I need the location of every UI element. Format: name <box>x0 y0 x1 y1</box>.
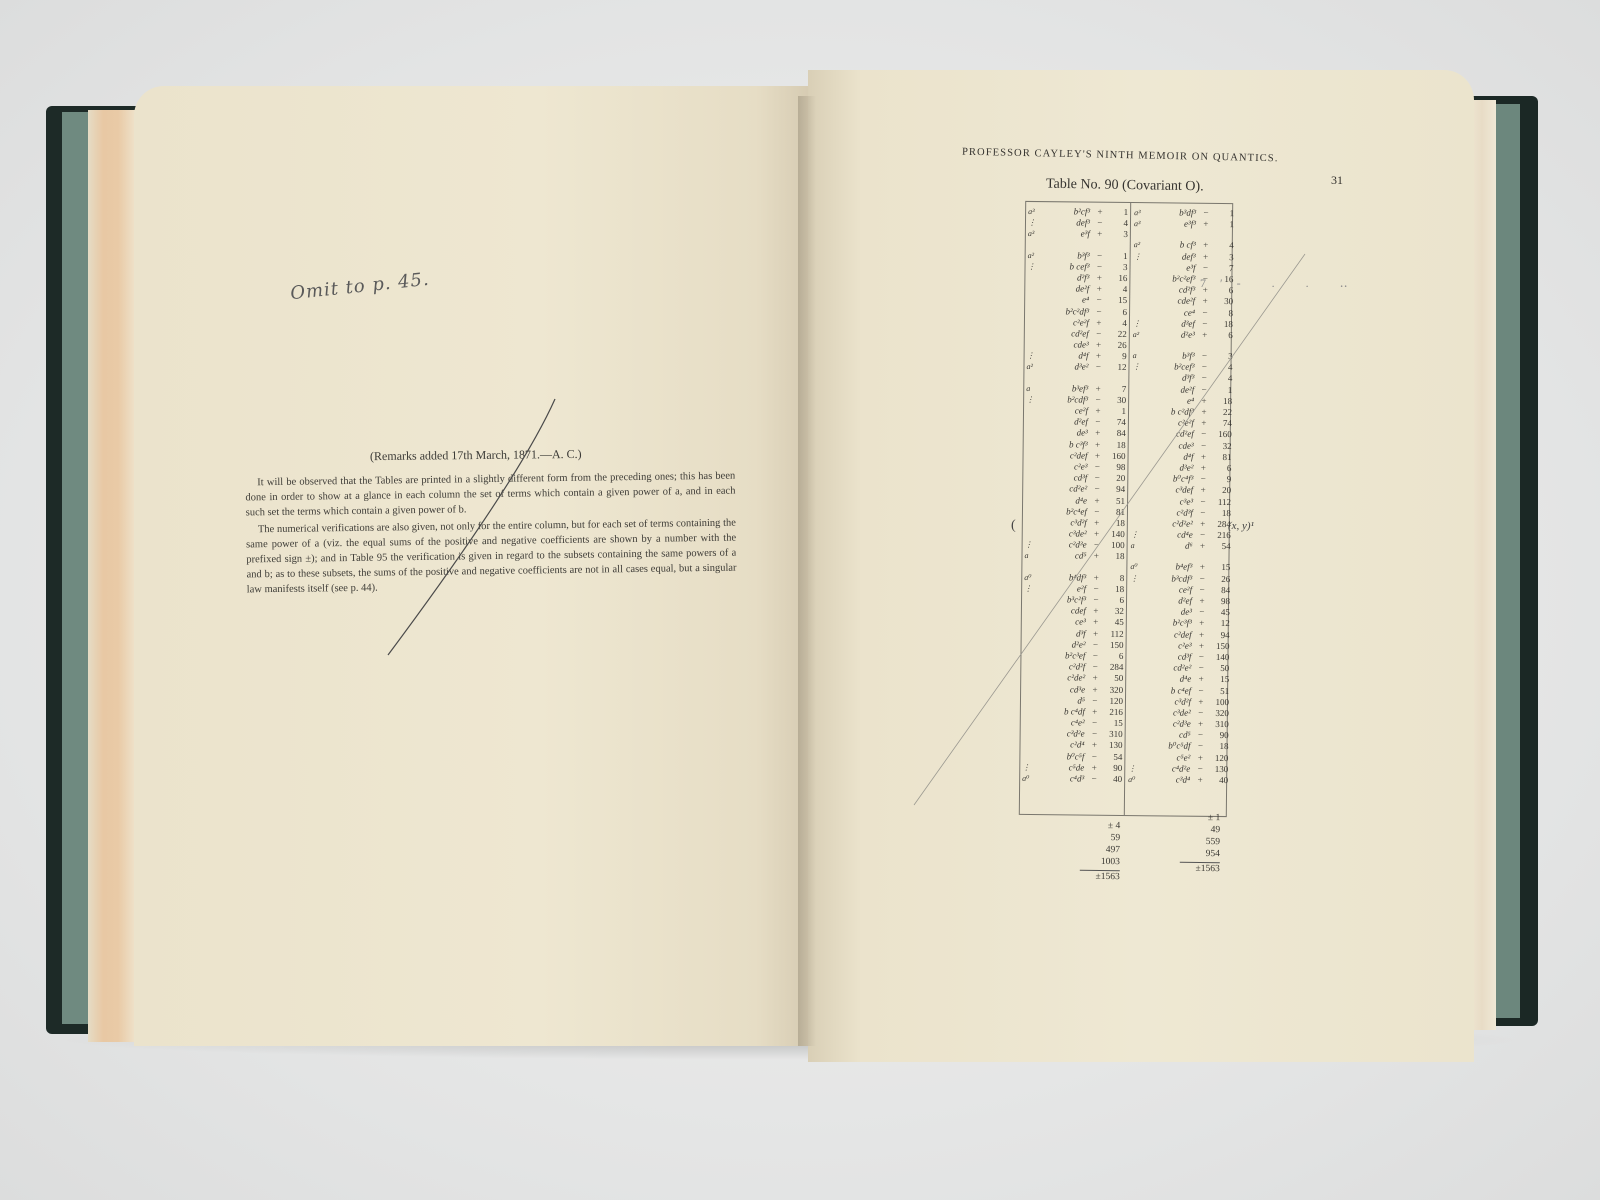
cell-sign: − <box>1094 218 1106 229</box>
cell-a-power: ⋮ <box>1028 217 1046 228</box>
cell-a-power: a³ <box>1028 206 1046 217</box>
cell-coefficient: 1 <box>1212 219 1234 230</box>
cell-term: e³f³ <box>1152 218 1200 230</box>
pencil-strike-left <box>380 395 560 660</box>
cell-term: b³df³ <box>1152 207 1200 219</box>
sum-total: ±1563 <box>1080 870 1120 883</box>
sum-value: 559 <box>1180 836 1220 848</box>
cell-sign: + <box>1094 207 1106 218</box>
cell-coefficient: 1 <box>1212 208 1234 219</box>
cell-a-power: a³ <box>1134 218 1152 229</box>
sum-total: ±1563 <box>1180 862 1220 875</box>
table-title: Table No. 90 (Covariant O). <box>1046 177 1204 196</box>
pencil-strike-right <box>910 250 1310 810</box>
sum-value: ± 4 <box>1080 820 1120 832</box>
cell-term: def³ <box>1046 217 1094 229</box>
sum-value: 497 <box>1080 844 1120 856</box>
table-row: a³e³f+3 <box>1028 228 1128 240</box>
cell-sign: + <box>1200 219 1212 230</box>
page-edges-left <box>88 110 138 1042</box>
cell-coefficient: 1 <box>1106 207 1128 218</box>
sum-value: ± 1 <box>1180 812 1220 824</box>
cell-coefficient: 3 <box>1106 229 1128 240</box>
cell-sign: − <box>1200 208 1212 219</box>
book-gutter <box>798 96 816 1046</box>
page-number: 31 <box>1331 173 1343 188</box>
sum-value: 49 <box>1180 824 1220 836</box>
cell-coefficient: 4 <box>1106 218 1128 229</box>
cell-term: b²cf³ <box>1046 206 1094 218</box>
cell-term: e³f <box>1046 229 1094 241</box>
cell-sign: + <box>1094 229 1106 240</box>
sum-value: 59 <box>1080 832 1120 844</box>
right-verification-sums: ± 149559954±1563 <box>1180 812 1221 875</box>
cell-a-power: a³ <box>1134 207 1152 218</box>
table-row: a³e³f³+1 <box>1134 218 1234 230</box>
sum-value: 1003 <box>1080 856 1120 868</box>
cell-a-power: a³ <box>1028 228 1046 239</box>
left-verification-sums: ± 4594971003±1563 <box>1080 820 1121 883</box>
sum-value: 954 <box>1180 848 1220 860</box>
